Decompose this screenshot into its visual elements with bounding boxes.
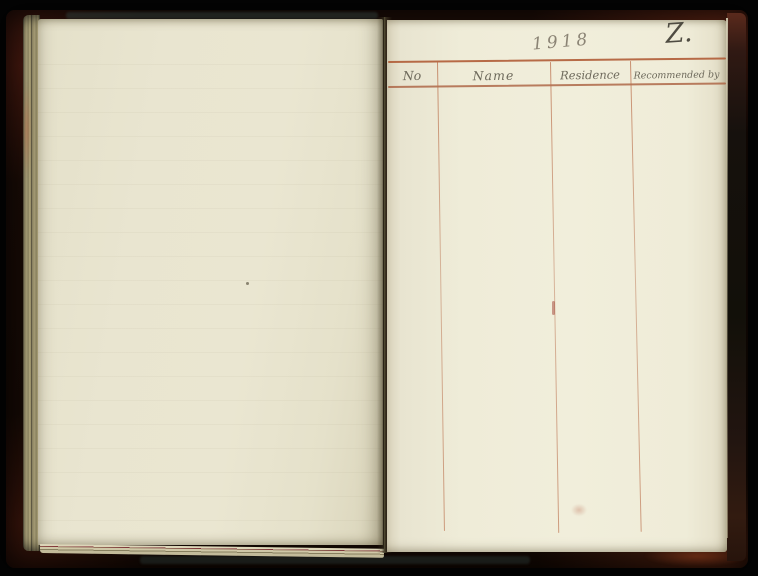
column-header-residence: Residence xyxy=(550,64,630,86)
fore-edge-highlight xyxy=(726,18,728,538)
column-divider-2 xyxy=(550,62,560,533)
cover-bottom-edge xyxy=(140,556,530,564)
column-divider-1 xyxy=(437,62,445,531)
column-header-no: No xyxy=(387,65,437,87)
column-header-name: Name xyxy=(437,64,550,87)
paper-speck xyxy=(246,282,249,285)
photo-scene: 1918 Z. No Name Residence Recommended by xyxy=(0,0,758,576)
right-page: 1918 Z. No Name Residence Recommended by xyxy=(387,20,727,552)
fore-edge-right xyxy=(727,13,746,561)
faint-ruled-lines xyxy=(38,41,383,521)
header-rule-top xyxy=(388,57,726,63)
left-page xyxy=(38,19,383,545)
ink-mark xyxy=(552,301,555,315)
column-divider-3 xyxy=(630,61,642,532)
ink-stain xyxy=(570,503,588,517)
column-header-recommended-by: Recommended by xyxy=(628,64,725,86)
index-letter: Z. xyxy=(648,16,710,56)
left-page-edge-tint xyxy=(23,70,33,190)
cover-top-edge xyxy=(66,12,378,19)
